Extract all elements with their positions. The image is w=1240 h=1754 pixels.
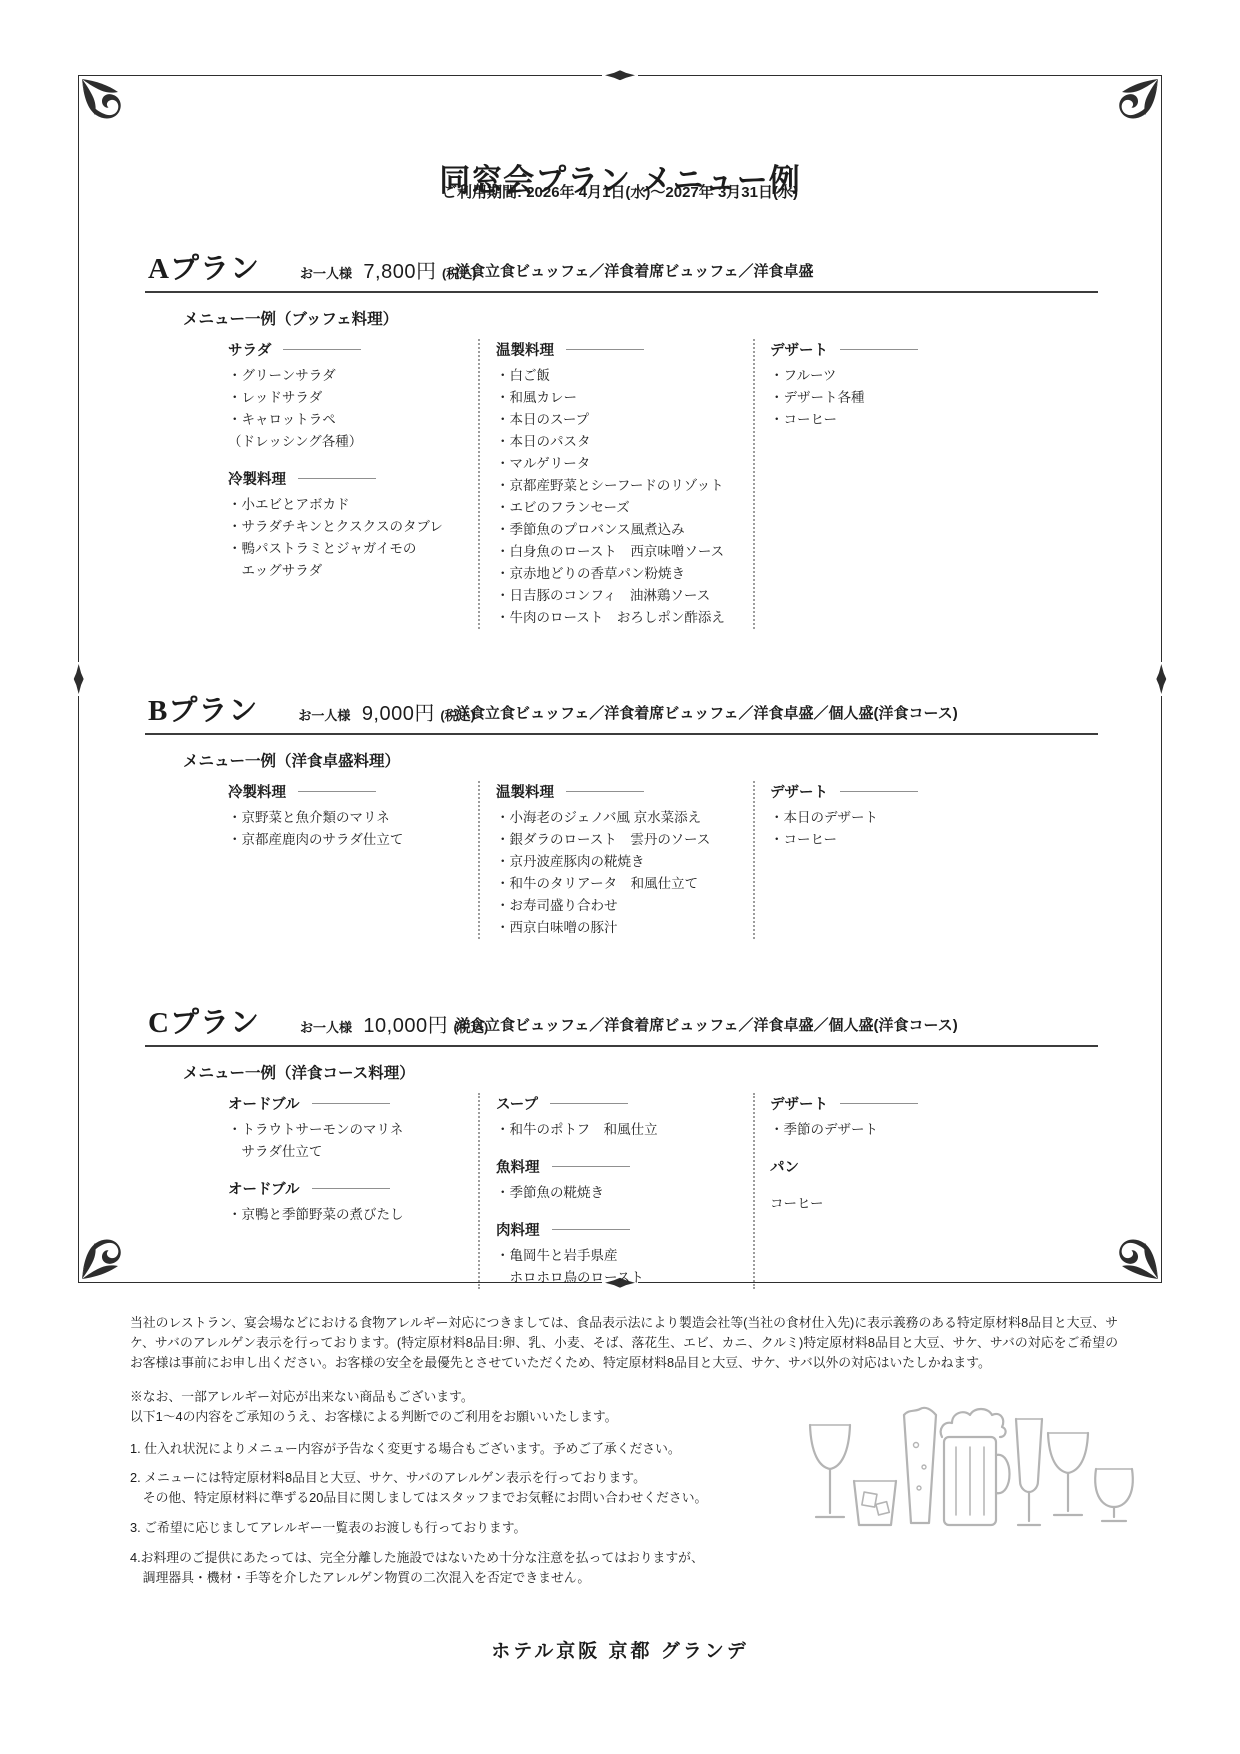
menu-column: スープ・和牛のポトフ 和風仕立魚料理・季節魚の糀焼き肉料理・亀岡牛と岩手県産 ホ…: [478, 1093, 753, 1289]
menu-item: ・銀ダラのロースト 雲丹のソース: [496, 829, 753, 851]
menu-section: 肉料理・亀岡牛と岩手県産 ホロホロ鳥のロースト: [496, 1219, 753, 1289]
menu-item: ・サラダチキンとクスクスのタブレ: [228, 516, 478, 538]
menu-item: エッグサラダ: [228, 560, 478, 582]
plan-a-section: Aプラン お一人様 7,800円 (税込) 洋食立食ビュッフェ／洋食着席ビュッフ…: [0, 246, 1240, 629]
plan-c-section: Cプラン お一人様 10,000円 (税込) 洋食立食ビュッフェ／洋食着席ビュッ…: [0, 1000, 1240, 1289]
menu-section: 温製料理・白ご飯・和風カレー・本日のスープ・本日のパスタ・マルゲリータ・京都産野…: [496, 339, 753, 629]
category-heading: 肉料理: [496, 1219, 753, 1240]
category-title: コーヒー: [770, 1192, 823, 1212]
menu-item: ・季節のデザート: [770, 1119, 1038, 1141]
menu-section: 冷製料理・小エビとアボカド・サラダチキンとクスクスのタブレ・鴨パストラミとジャガ…: [228, 468, 478, 582]
category-title: パン: [770, 1156, 799, 1177]
menu-section: 冷製料理・京野菜と魚介類のマリネ・京都産鹿肉のサラダ仕立て: [228, 781, 478, 851]
hotel-logo: ホテル京阪 京都 グランデ: [0, 1636, 1240, 1663]
category-rule: [312, 1188, 390, 1189]
price-value: 10,000円: [363, 1015, 448, 1037]
menu-item: ・デザート各種: [770, 387, 1038, 409]
menu-section: 温製料理・小海老のジェノバ風 京水菜添え・銀ダラのロースト 雲丹のソース・京丹波…: [496, 781, 753, 939]
category-title: スープ: [496, 1093, 538, 1114]
menu-item: ・コーヒー: [770, 409, 1038, 431]
menu-column: 温製料理・小海老のジェノバ風 京水菜添え・銀ダラのロースト 雲丹のソース・京丹波…: [478, 781, 753, 939]
category-rule: [552, 1229, 630, 1230]
plan-divider: [145, 733, 1098, 735]
menu-item: ・西京白味噌の豚汁: [496, 917, 753, 939]
category-heading: サラダ: [228, 339, 478, 360]
menu-item: ・白ご飯: [496, 365, 753, 387]
menu-item: ・小海老のジェノバ風 京水菜添え: [496, 807, 753, 829]
menu-item: ・京都産野菜とシーフードのリゾット: [496, 475, 753, 497]
menu-columns: サラダ・グリーンサラダ・レッドサラダ・キャロットラペ（ドレッシング各種）冷製料理…: [183, 339, 1240, 629]
menu-item: ・レッドサラダ: [228, 387, 478, 409]
corner-flourish-icon: [1106, 77, 1160, 131]
usage-period: ご利用期間: 2026年 4月1日(水)～2027年 3月31日(水): [0, 181, 1240, 202]
category-heading: デザート: [770, 781, 1038, 802]
category-rule: [283, 349, 361, 350]
menu-item: ・本日のパスタ: [496, 431, 753, 453]
edge-ornament-icon: [602, 68, 638, 82]
plan-divider: [145, 1045, 1098, 1047]
serving-styles: 洋食立食ビュッフェ／洋食着席ビュッフェ／洋食卓盛: [455, 260, 814, 281]
category-heading: 冷製料理: [228, 781, 478, 802]
category-title: 温製料理: [496, 781, 554, 802]
menu-columns: 冷製料理・京野菜と魚介類のマリネ・京都産鹿肉のサラダ仕立て温製料理・小海老のジェ…: [183, 781, 1240, 939]
category-rule: [566, 349, 644, 350]
menu-item: ・マルゲリータ: [496, 453, 753, 475]
menu-item: ・トラウトサーモンのマリネ: [228, 1119, 478, 1141]
menu-column: オードブル・トラウトサーモンのマリネ サラダ仕立てオードブル・京鴨と季節野菜の煮…: [183, 1093, 478, 1289]
category-heading: パン: [770, 1156, 1038, 1177]
menu-item: ・グリーンサラダ: [228, 365, 478, 387]
category-heading: コーヒー: [770, 1192, 1038, 1212]
menu-section: サラダ・グリーンサラダ・レッドサラダ・キャロットラペ（ドレッシング各種）: [228, 339, 478, 453]
menu-item: ・キャロットラペ: [228, 409, 478, 431]
menu-item: ・京赤地どりの香草パン粉焼き: [496, 563, 753, 585]
category-title: 魚料理: [496, 1156, 540, 1177]
menu-item: ・京丹波産豚肉の糀焼き: [496, 851, 753, 873]
allergy-notice: 当社のレストラン、宴会場などにおける食物アレルギー対応につきましては、食品表示法…: [130, 1313, 1118, 1374]
category-heading: デザート: [770, 339, 1038, 360]
category-rule: [840, 1103, 918, 1104]
category-title: デザート: [770, 1093, 828, 1114]
menu-item: ・鴨パストラミとジャガイモの: [228, 538, 478, 560]
menu-item: ・京鴨と季節野菜の煮びたし: [228, 1204, 478, 1226]
category-rule: [298, 791, 376, 792]
category-rule: [566, 791, 644, 792]
category-heading: 冷製料理: [228, 468, 478, 489]
menu-item: ・季節魚の糀焼き: [496, 1182, 753, 1204]
menu-item: ・牛肉のロースト おろしポン酢添え: [496, 607, 753, 629]
plan-header: Bプラン お一人様 9,000円 (税込) 洋食立食ビュッフェ／洋食着席ビュッフ…: [148, 688, 1240, 728]
price-value: 7,800円: [363, 261, 436, 283]
menu-item: ・京野菜と魚介類のマリネ: [228, 807, 478, 829]
menu-item: ・本日のスープ: [496, 409, 753, 431]
menu-item: ・和牛のポトフ 和風仕立: [496, 1119, 753, 1141]
price-prefix: お一人様: [300, 1020, 352, 1035]
serving-styles: 洋食立食ビュッフェ／洋食着席ビュッフェ／洋食卓盛／個人盛(洋食コース): [455, 1014, 958, 1035]
plan-name: Aプラン: [148, 246, 260, 287]
menu-item: ・コーヒー: [770, 829, 1038, 851]
menu-item: ・白身魚のロースト 西京味噌ソース: [496, 541, 753, 563]
category-heading: 魚料理: [496, 1156, 753, 1177]
menu-column: サラダ・グリーンサラダ・レッドサラダ・キャロットラペ（ドレッシング各種）冷製料理…: [183, 339, 478, 629]
menu-item: ・和牛のタリアータ 和風仕立て: [496, 873, 753, 895]
category-rule: [840, 349, 918, 350]
serving-styles: 洋食立食ビュッフェ／洋食着席ビュッフェ／洋食卓盛／個人盛(洋食コース): [455, 702, 958, 723]
menu-section: スープ・和牛のポトフ 和風仕立: [496, 1093, 753, 1141]
category-rule: [840, 791, 918, 792]
category-title: 肉料理: [496, 1219, 540, 1240]
category-heading: オードブル: [228, 1178, 478, 1199]
menu-section: デザート・季節のデザート: [770, 1093, 1038, 1141]
category-title: サラダ: [228, 339, 271, 360]
plan-price: お一人様 9,000円 (税込): [298, 697, 475, 726]
price-prefix: お一人様: [298, 708, 350, 723]
plan-divider: [145, 291, 1098, 293]
category-title: デザート: [770, 339, 828, 360]
glassware-illustration: [792, 1385, 1137, 1570]
category-rule: [550, 1103, 628, 1104]
menu-item: （ドレッシング各種）: [228, 431, 478, 453]
menu-example-label: メニュー一例（洋食卓盛料理）: [183, 749, 1240, 771]
category-heading: 温製料理: [496, 339, 753, 360]
menu-column: 温製料理・白ご飯・和風カレー・本日のスープ・本日のパスタ・マルゲリータ・京都産野…: [478, 339, 753, 629]
price-prefix: お一人様: [300, 266, 352, 281]
menu-item: ホロホロ鳥のロースト: [496, 1267, 753, 1289]
plan-b-section: Bプラン お一人様 9,000円 (税込) 洋食立食ビュッフェ／洋食着席ビュッフ…: [0, 688, 1240, 939]
menu-section: パン: [770, 1156, 1038, 1177]
menu-item: サラダ仕立て: [228, 1141, 478, 1163]
plan-header: Cプラン お一人様 10,000円 (税込) 洋食立食ビュッフェ／洋食着席ビュッ…: [148, 1000, 1240, 1040]
menu-example-label: メニュー一例（洋食コース料理）: [183, 1061, 1240, 1083]
category-heading: スープ: [496, 1093, 753, 1114]
category-heading: デザート: [770, 1093, 1038, 1114]
category-rule: [552, 1166, 630, 1167]
category-rule: [312, 1103, 390, 1104]
menu-example-label: メニュー一例（ブッフェ料理）: [183, 307, 1240, 329]
category-title: 冷製料理: [228, 468, 286, 489]
category-rule: [298, 478, 376, 479]
menu-section: オードブル・トラウトサーモンのマリネ サラダ仕立て: [228, 1093, 478, 1163]
menu-item: ・お寿司盛り合わせ: [496, 895, 753, 917]
menu-item: ・フルーツ: [770, 365, 1038, 387]
price-value: 9,000円: [362, 703, 435, 725]
plan-header: Aプラン お一人様 7,800円 (税込) 洋食立食ビュッフェ／洋食着席ビュッフ…: [148, 246, 1240, 286]
menu-section: デザート・フルーツ・デザート各種・コーヒー: [770, 339, 1038, 431]
menu-item: ・小エビとアボカド: [228, 494, 478, 516]
category-heading: オードブル: [228, 1093, 478, 1114]
menu-item: ・京都産鹿肉のサラダ仕立て: [228, 829, 478, 851]
menu-item: ・日吉豚のコンフィ 油淋鶏ソース: [496, 585, 753, 607]
menu-section: デザート・本日のデザート・コーヒー: [770, 781, 1038, 851]
menu-section: コーヒー: [770, 1192, 1038, 1212]
category-title: オードブル: [228, 1093, 300, 1114]
menu-section: 魚料理・季節魚の糀焼き: [496, 1156, 753, 1204]
menu-item: ・亀岡牛と岩手県産: [496, 1245, 753, 1267]
category-title: デザート: [770, 781, 828, 802]
menu-item: ・和風カレー: [496, 387, 753, 409]
menu-section: オードブル・京鴨と季節野菜の煮びたし: [228, 1178, 478, 1226]
plan-name: Bプラン: [148, 688, 258, 729]
menu-column: デザート・本日のデザート・コーヒー: [753, 781, 1038, 939]
category-heading: 温製料理: [496, 781, 753, 802]
corner-flourish-icon: [80, 77, 134, 131]
plan-name: Cプラン: [148, 1000, 260, 1041]
menu-page: 同窓会プラン メニュー例 ご利用期間: 2026年 4月1日(水)～2027年 …: [0, 0, 1240, 1754]
menu-column: デザート・フルーツ・デザート各種・コーヒー: [753, 339, 1038, 629]
category-title: 冷製料理: [228, 781, 286, 802]
menu-item: ・本日のデザート: [770, 807, 1038, 829]
menu-column: デザート・季節のデザートパンコーヒー: [753, 1093, 1038, 1289]
plan-price: お一人様 7,800円 (税込): [300, 255, 477, 284]
menu-item: ・エビのフランセーズ: [496, 497, 753, 519]
menu-columns: オードブル・トラウトサーモンのマリネ サラダ仕立てオードブル・京鴨と季節野菜の煮…: [183, 1093, 1240, 1289]
category-title: 温製料理: [496, 339, 554, 360]
menu-column: 冷製料理・京野菜と魚介類のマリネ・京都産鹿肉のサラダ仕立て: [183, 781, 478, 939]
category-title: オードブル: [228, 1178, 300, 1199]
menu-item: ・季節魚のプロバンス風煮込み: [496, 519, 753, 541]
